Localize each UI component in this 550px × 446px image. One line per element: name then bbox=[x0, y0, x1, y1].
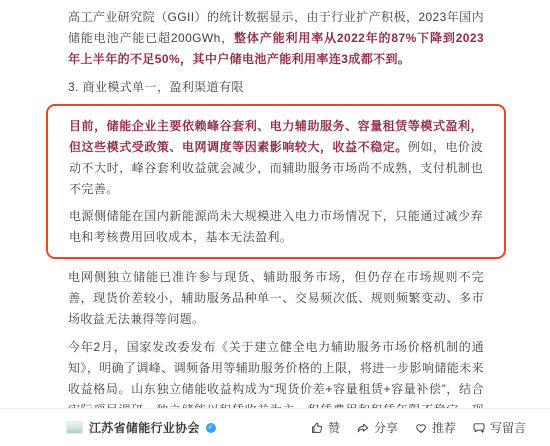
paragraph-grid-side: 电网侧独立储能已准许参与现货、辅助服务市场，但仍存在市场规则不完善，现货价差较小… bbox=[68, 267, 484, 330]
highlight-box: 目前，储能企业主要依赖峰谷套利、电力辅助服务、容量租赁等模式盈利，但这些模式受政… bbox=[46, 104, 506, 259]
share-button[interactable]: 分享 bbox=[356, 419, 398, 436]
comment-button[interactable]: 写留言 bbox=[472, 419, 526, 436]
heart-icon bbox=[414, 421, 428, 435]
share-label: 分享 bbox=[374, 419, 398, 436]
comment-label: 写留言 bbox=[490, 419, 526, 436]
recommend-button[interactable]: 推荐 bbox=[414, 419, 456, 436]
recommend-label: 推荐 bbox=[432, 419, 456, 436]
paragraph-capacity-stats: 高工产业研究院（GGII）的统计数据显示，由于行业扩产积极，2023年国内储能电… bbox=[68, 7, 484, 70]
share-icon bbox=[356, 421, 370, 435]
like-label: 赞 bbox=[328, 419, 340, 436]
bottom-toolbar: 江苏省储能行业协会 ✓ 赞 分享 bbox=[0, 408, 550, 446]
account-logo-icon bbox=[66, 421, 83, 434]
article-body: 高工产业研究院（GGII）的统计数据显示，由于行业扩产积极，2023年国内储能电… bbox=[0, 0, 550, 442]
thumbs-up-icon bbox=[310, 421, 324, 435]
wechat-article-page: 高工产业研究院（GGII）的统计数据显示，由于行业扩产积极，2023年国内储能电… bbox=[0, 0, 550, 446]
like-button[interactable]: 赞 bbox=[310, 419, 340, 436]
box-paragraph-power-side: 电源侧储能在国内新能源尚未大规模进入电力市场情况下，只能通过减少弃电和考核费用回… bbox=[69, 206, 483, 248]
action-bar: 赞 分享 推荐 bbox=[310, 419, 526, 436]
comment-plus-icon bbox=[472, 421, 486, 435]
box-paragraph-business-models: 目前，储能企业主要依赖峰谷套利、电力辅助服务、容量租赁等模式盈利，但这些模式受政… bbox=[69, 116, 483, 200]
account-info[interactable]: 江苏省储能行业协会 ✓ bbox=[66, 419, 216, 436]
section-heading: 3. 商业模式单一，盈利渠道有限 bbox=[68, 77, 484, 98]
verified-check-icon: ✓ bbox=[206, 423, 216, 433]
account-name: 江苏省储能行业协会 bbox=[89, 419, 200, 436]
